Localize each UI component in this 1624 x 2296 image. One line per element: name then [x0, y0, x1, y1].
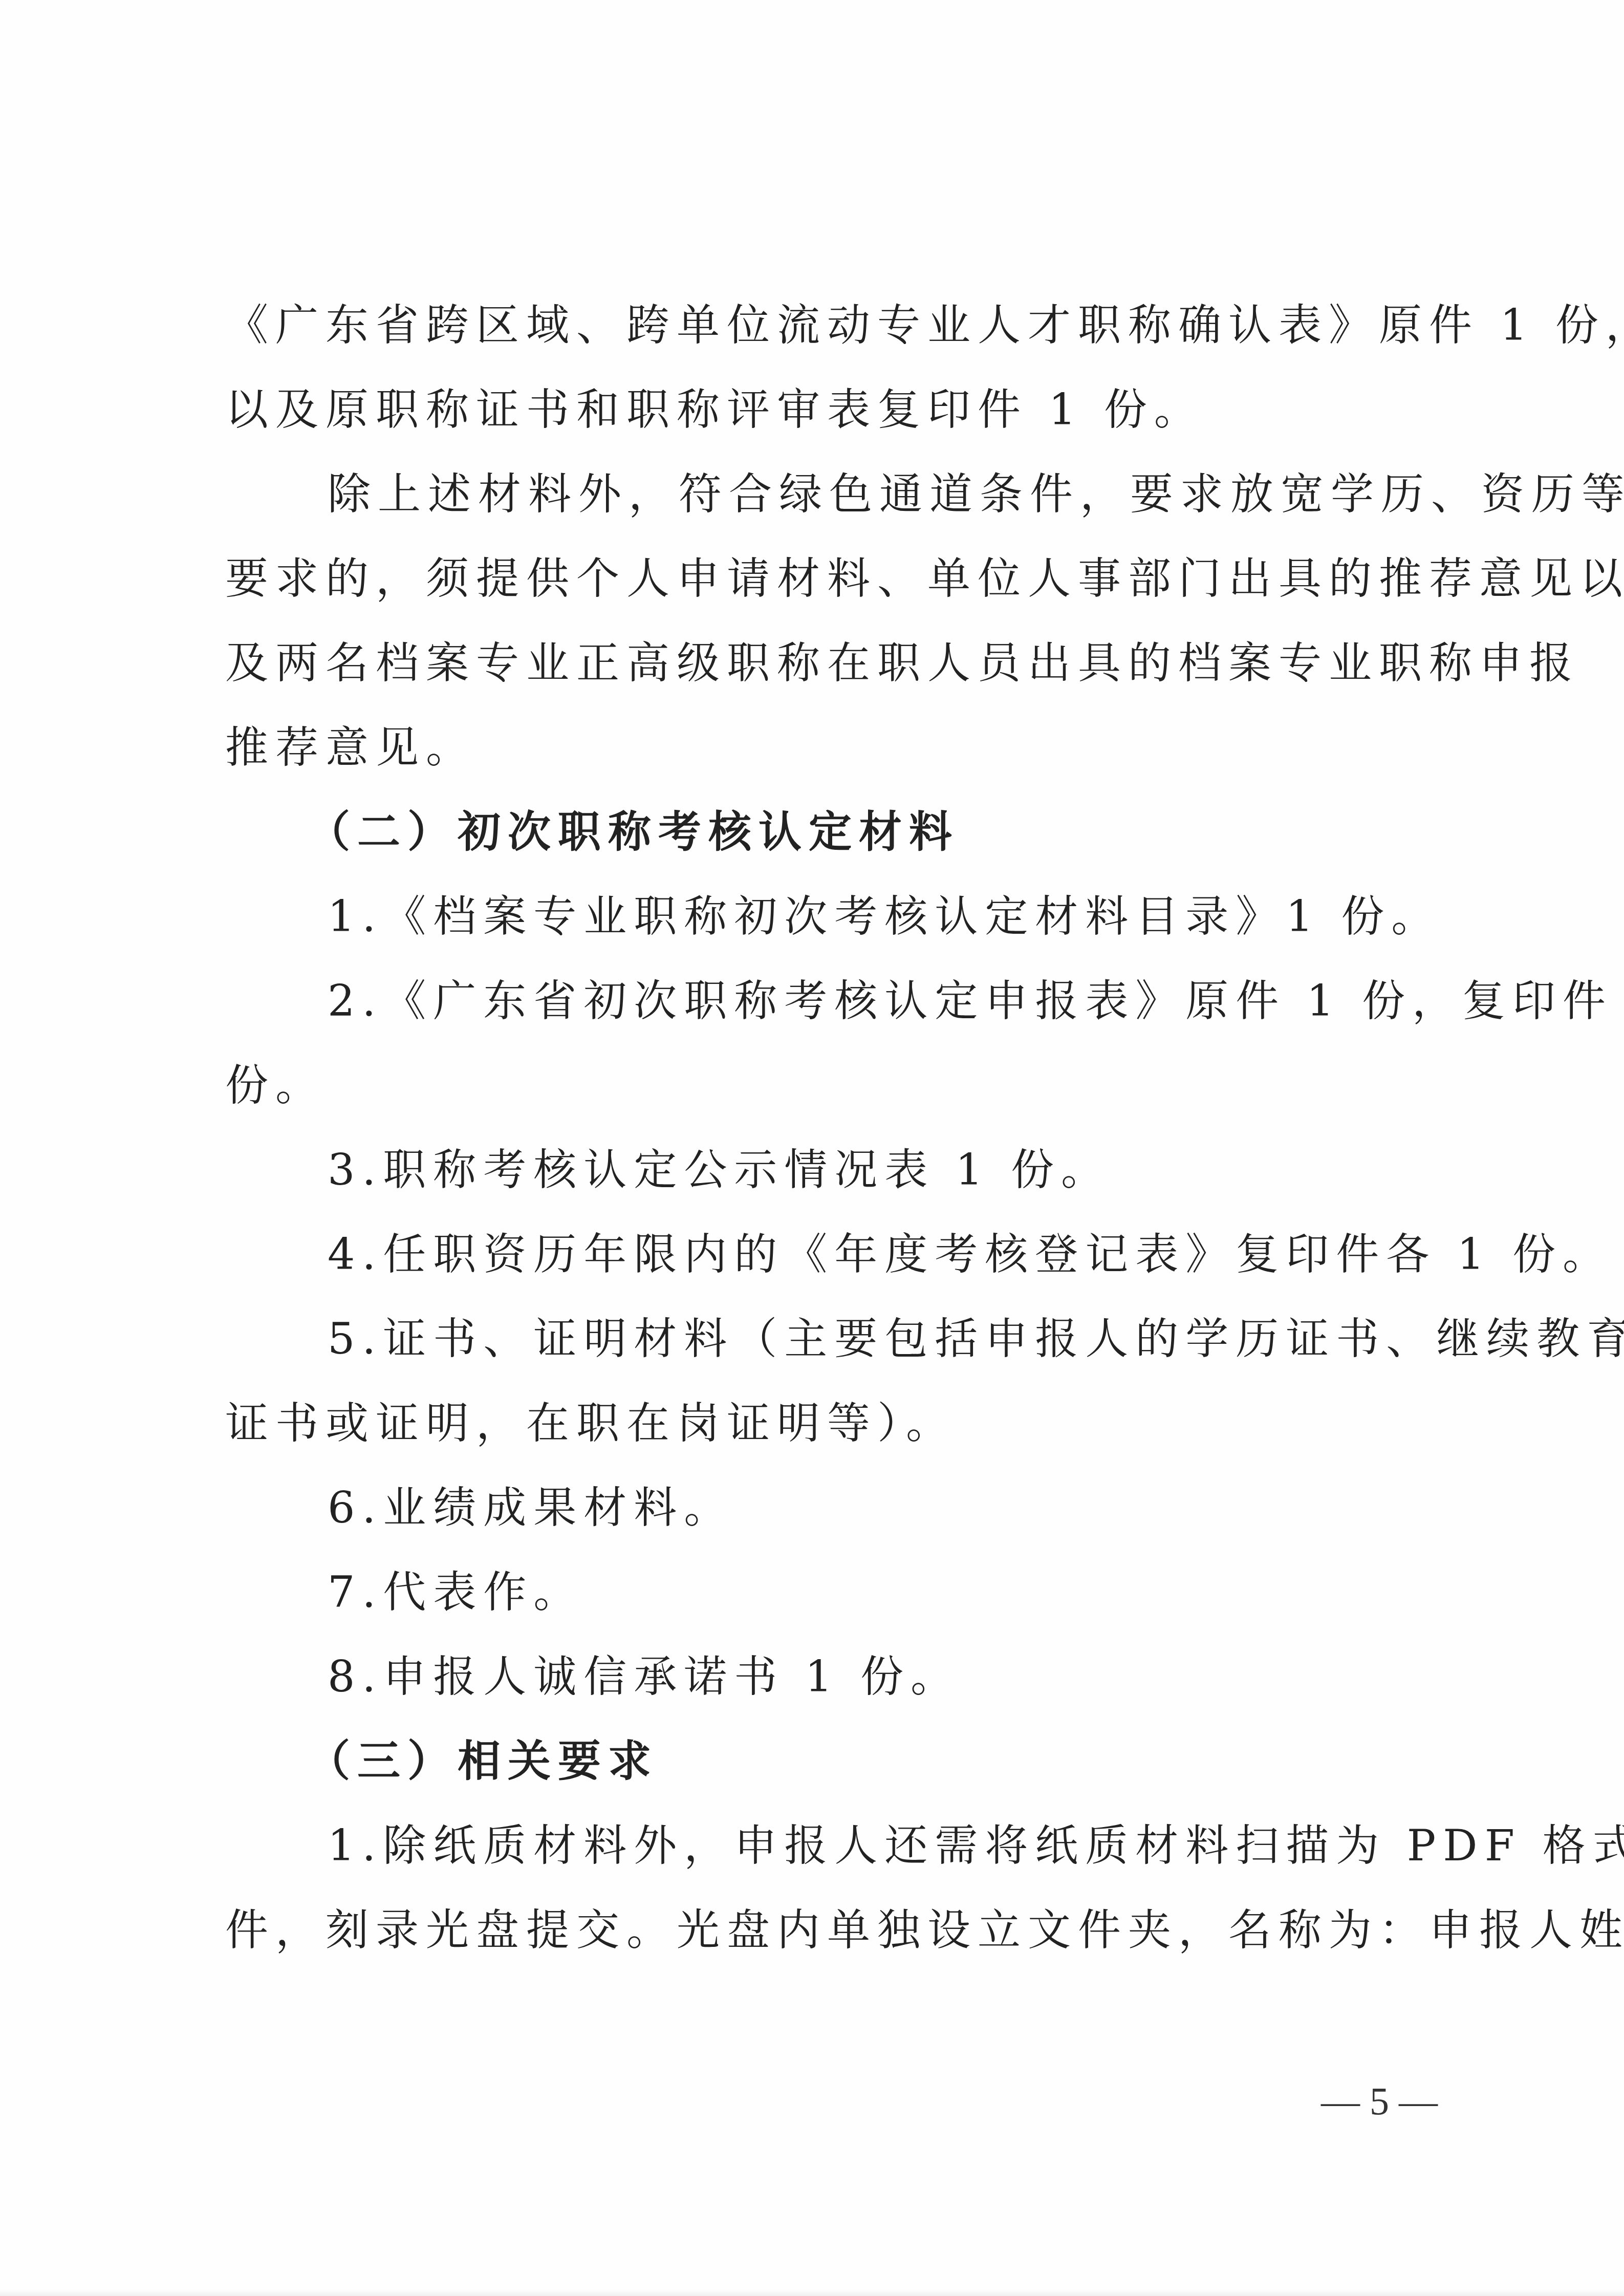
paragraph-line: 要求的，须提供个人申请材料、单位人事部门出具的推荐意见以: [225, 553, 1448, 604]
list-item: 5.证书、证明材料（主要包括申报人的学历证书、继续教育: [328, 1313, 1448, 1364]
list-item: 3.职称考核认定公示情况表 1 份。: [328, 1144, 1448, 1195]
list-item: 1.《档案专业职称初次考核认定材料目录》1 份。: [328, 891, 1448, 942]
list-item-continuation: 件，刻录光盘提交。光盘内单独设立文件夹，名称为：申报人姓: [225, 1904, 1448, 1956]
page-number: — 5 —: [1305, 2076, 1454, 2127]
section-heading: （二）初次职称考核认定材料: [307, 806, 1530, 857]
list-item-continuation: 证书或证明，在职在岗证明等）。: [225, 1398, 1448, 1449]
paragraph-line: 《广东省跨区域、跨单位流动专业人才职称确认表》原件 1 份，: [225, 299, 1448, 351]
list-item: 7.代表作。: [328, 1567, 1448, 1618]
list-item-continuation: 份。: [225, 1060, 1448, 1111]
list-item: 6.业绩成果材料。: [328, 1482, 1448, 1533]
paragraph-line: 除上述材料外，符合绿色通道条件，要求放宽学历、资历等: [328, 468, 1448, 520]
list-item: 2.《广东省初次职称考核认定申报表》原件 1 份，复印件 2: [328, 975, 1448, 1026]
paragraph-line: 以及原职称证书和职称评审表复印件 1 份。: [225, 384, 1448, 435]
list-item: 4.任职资历年限内的《年度考核登记表》复印件各 1 份。: [328, 1229, 1448, 1280]
paragraph-line: 推荐意见。: [225, 722, 1448, 773]
list-item: 8.申报人诚信承诺书 1 份。: [328, 1651, 1448, 1702]
document-page: 《广东省跨区域、跨单位流动专业人才职称确认表》原件 1 份， 以及原职称证书和职…: [0, 0, 1624, 2296]
paragraph-line: 及两名档案专业正高级职称在职人员出具的档案专业职称申报: [225, 637, 1448, 689]
list-item: 1.除纸质材料外，申报人还需将纸质材料扫描为 PDF 格式文: [328, 1820, 1448, 1871]
section-heading: （三）相关要求: [307, 1735, 1530, 1787]
page-edge: [0, 2289, 1624, 2296]
